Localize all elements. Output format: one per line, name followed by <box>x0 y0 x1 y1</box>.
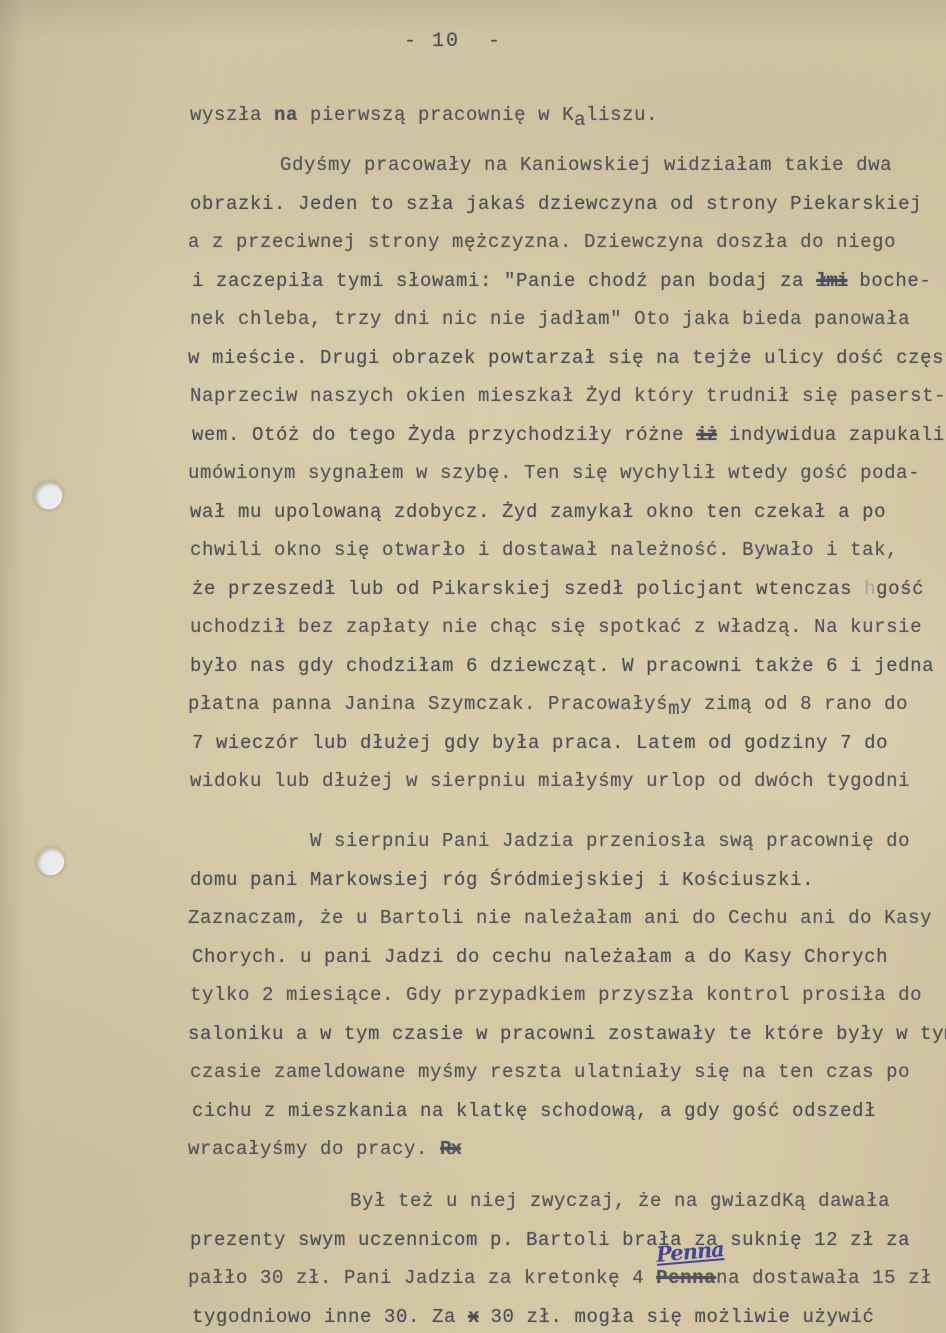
text-segment: a z przeciwnej strony mężczyzna. Dziewcz… <box>188 231 896 253</box>
text-segment: tylko 2 miesiące. Gdy przypadkiem przysz… <box>190 984 922 1006</box>
text-segment: domu pani Markowsiej róg Śródmiejskiej i… <box>190 869 814 891</box>
typewritten-line: Chorych. u pani Jadzi do cechu należałam… <box>192 942 946 981</box>
text-segment: tygodniowo inne 30. Za <box>192 1306 468 1328</box>
text-segment: w mieście. Drugi obrazek powtarzał się n… <box>188 347 946 369</box>
text-segment: obrazki. Jeden to szła jakaś dziewczyna … <box>190 193 922 215</box>
typewritten-line: domu pani Markowsiej róg Śródmiejskiej i… <box>190 865 946 904</box>
hole-punch-top <box>35 482 62 509</box>
text-segment: pałło 30 zł. Pani Jadzia za kretonkę 4 <box>188 1267 656 1289</box>
text-segment: na dostawała 15 zł <box>716 1267 932 1289</box>
typewritten-line: cichu z mieszkania na klatkę schodową, a… <box>192 1096 946 1135</box>
paragraph: W sierpniu Pani Jadzia przeniosła swą pr… <box>190 826 946 1173</box>
struck-text: x <box>468 1306 478 1328</box>
typewritten-line: a z przeciwnej strony mężczyzna. Dziewcz… <box>188 227 944 266</box>
typewritten-line: wał mu upolowaną zdobycz. Żyd zamykał ok… <box>190 497 946 536</box>
paragraph: Gdyśmy pracowały na Kaniowskiej widziała… <box>190 150 946 805</box>
typewritten-line: płatna panna Janina Szymczak. Pracowałyś… <box>188 689 944 728</box>
text-segment: liszu. <box>586 104 658 126</box>
page-number: - 10 - <box>0 30 906 53</box>
text-segment: pierwszą pracownię w K <box>298 104 574 126</box>
text-segment: umówionym sygnałem w szybę. Ten się wych… <box>188 462 920 484</box>
text-segment: gość <box>876 578 924 600</box>
text-segment: płatna panna Janina Szymczak. Pracowałyś <box>188 693 668 715</box>
text-segment: prezenty swym uczennicom p. Bartoli brał… <box>190 1229 910 1251</box>
text-segment: indywidua zapukali <box>717 424 945 446</box>
text-segment: wracałyśmy do pracy. <box>188 1138 440 1160</box>
paragraph: Był też u niej zwyczaj, że na gwiazdKą d… <box>190 1186 946 1333</box>
paragraph: wyszła na pierwszą pracownię w Kaliszu. <box>190 100 946 139</box>
typewritten-line: nek chleba, trzy dni nic nie jadłam" Oto… <box>190 304 946 343</box>
typewritten-line: uchodził bez zapłaty nie chąc się spotka… <box>190 612 946 651</box>
text-segment: Zaznaczam, że u Bartoli nie należałam an… <box>188 907 932 929</box>
text-segment: y zimą od 8 rano do <box>680 693 908 715</box>
typewritten-line: że przeszedł lub od Pikarskiej szedł pol… <box>192 574 946 613</box>
typewritten-line: Naprzeciw naszych okien mieszkał Żyd któ… <box>190 381 946 420</box>
text-segment: Chorych. u pani Jadzi do cechu należałam… <box>192 946 888 968</box>
struck-text: łmi <box>816 270 847 292</box>
text-segment: saloniku a w tym czasie w pracowni zosta… <box>188 1023 946 1045</box>
typewritten-line: Był też u niej zwyczaj, że na gwiazdKą d… <box>190 1186 946 1225</box>
text-segment: chwili okno się otwarło i dostawał należ… <box>190 539 898 561</box>
typewritten-line: Zaznaczam, że u Bartoli nie należałam an… <box>188 903 944 942</box>
text-segment: 7 wieczór lub dłużej gdy była praca. Lat… <box>192 732 888 754</box>
text-segment: wał mu upolowaną zdobycz. Żyd zamykał ok… <box>190 501 886 523</box>
typewritten-line: wyszła na pierwszą pracownię w Kaliszu. <box>190 100 946 139</box>
typewritten-line: czasie zameldowane myśmy reszta ulatniał… <box>190 1057 946 1096</box>
typewritten-line: było nas gdy chodziłam 6 dziewcząt. W pr… <box>190 651 946 690</box>
typewritten-line: W sierpniu Pani Jadzia przeniosła swą pr… <box>190 826 946 865</box>
text-segment: 30 zł. mogła się możliwie używić <box>478 1306 874 1328</box>
typewritten-line: tygodniowo inne 30. Za x 30 zł. mogła si… <box>192 1302 946 1333</box>
typewritten-line: wracałyśmy do pracy. Rx <box>188 1134 944 1173</box>
text-segment: i zaczepiła tymi słowami: "Panie chodź p… <box>192 270 816 292</box>
typewritten-line: w mieście. Drugi obrazek powtarzał się n… <box>188 343 944 382</box>
text-segment: Był też u niej zwyczaj, że na gwiazdKą d… <box>350 1190 890 1212</box>
typewritten-line: 7 wieczór lub dłużej gdy była praca. Lat… <box>192 728 946 767</box>
text-segment: wyszła <box>190 104 274 126</box>
typewritten-line: chwili okno się otwarło i dostawał należ… <box>190 535 946 574</box>
typewritten-line: Gdyśmy pracowały na Kaniowskiej widziała… <box>190 150 946 189</box>
typewritten-line: i zaczepiła tymi słowami: "Panie chodź p… <box>192 266 946 305</box>
handwritten-correction: Penna <box>655 1234 725 1270</box>
corrected-text: PennaPenna <box>656 1263 716 1293</box>
typewritten-line: saloniku a w tym czasie w pracowni zosta… <box>188 1019 944 1058</box>
text-segment: było nas gdy chodziłam 6 dziewcząt. W pr… <box>190 655 934 677</box>
text-segment: na <box>274 104 298 126</box>
struck-text: Rx <box>440 1138 461 1160</box>
scanned-document-page: - 10 - wyszła na pierwszą pracownię w Ka… <box>0 0 946 1333</box>
text-segment: a <box>574 109 586 131</box>
text-segment: nek chleba, trzy dni nic nie jadłam" Oto… <box>190 308 910 330</box>
text-segment: wem. Otóż do tego Żyda przychodziły różn… <box>192 424 696 446</box>
text-segment: widoku lub dłużej w sierpniu miałyśmy ur… <box>190 770 910 792</box>
text-segment: czasie zameldowane myśmy reszta ulatniał… <box>190 1061 910 1083</box>
text-segment: W sierpniu Pani Jadzia przeniosła swą pr… <box>310 830 910 852</box>
text-segment: boche- <box>847 270 931 292</box>
text-segment: Gdyśmy pracowały na Kaniowskiej widziała… <box>280 154 892 176</box>
text-segment: m <box>668 698 680 720</box>
text-segment: Naprzeciw naszych okien mieszkał Żyd któ… <box>190 385 946 407</box>
text-segment: cichu z mieszkania na klatkę schodową, a… <box>192 1100 876 1122</box>
text-segment: h <box>864 578 876 600</box>
typewritten-line: obrazki. Jeden to szła jakaś dziewczyna … <box>190 189 946 228</box>
typewritten-line: tylko 2 miesiące. Gdy przypadkiem przysz… <box>190 980 946 1019</box>
struck-text: iż <box>696 424 717 446</box>
typewritten-line: pałło 30 zł. Pani Jadzia za kretonkę 4 P… <box>188 1263 944 1302</box>
struck-text: Penna <box>656 1267 716 1289</box>
text-segment: że przeszedł lub od Pikarskiej szedł pol… <box>192 578 864 600</box>
typewritten-line: umówionym sygnałem w szybę. Ten się wych… <box>188 458 944 497</box>
hole-punch-bottom <box>37 848 64 875</box>
typewritten-line: wem. Otóż do tego Żyda przychodziły różn… <box>192 420 946 459</box>
typewritten-line: prezenty swym uczennicom p. Bartoli brał… <box>190 1225 946 1264</box>
text-segment: uchodził bez zapłaty nie chąc się spotka… <box>190 616 922 638</box>
typewritten-line: widoku lub dłużej w sierpniu miałyśmy ur… <box>190 766 946 805</box>
